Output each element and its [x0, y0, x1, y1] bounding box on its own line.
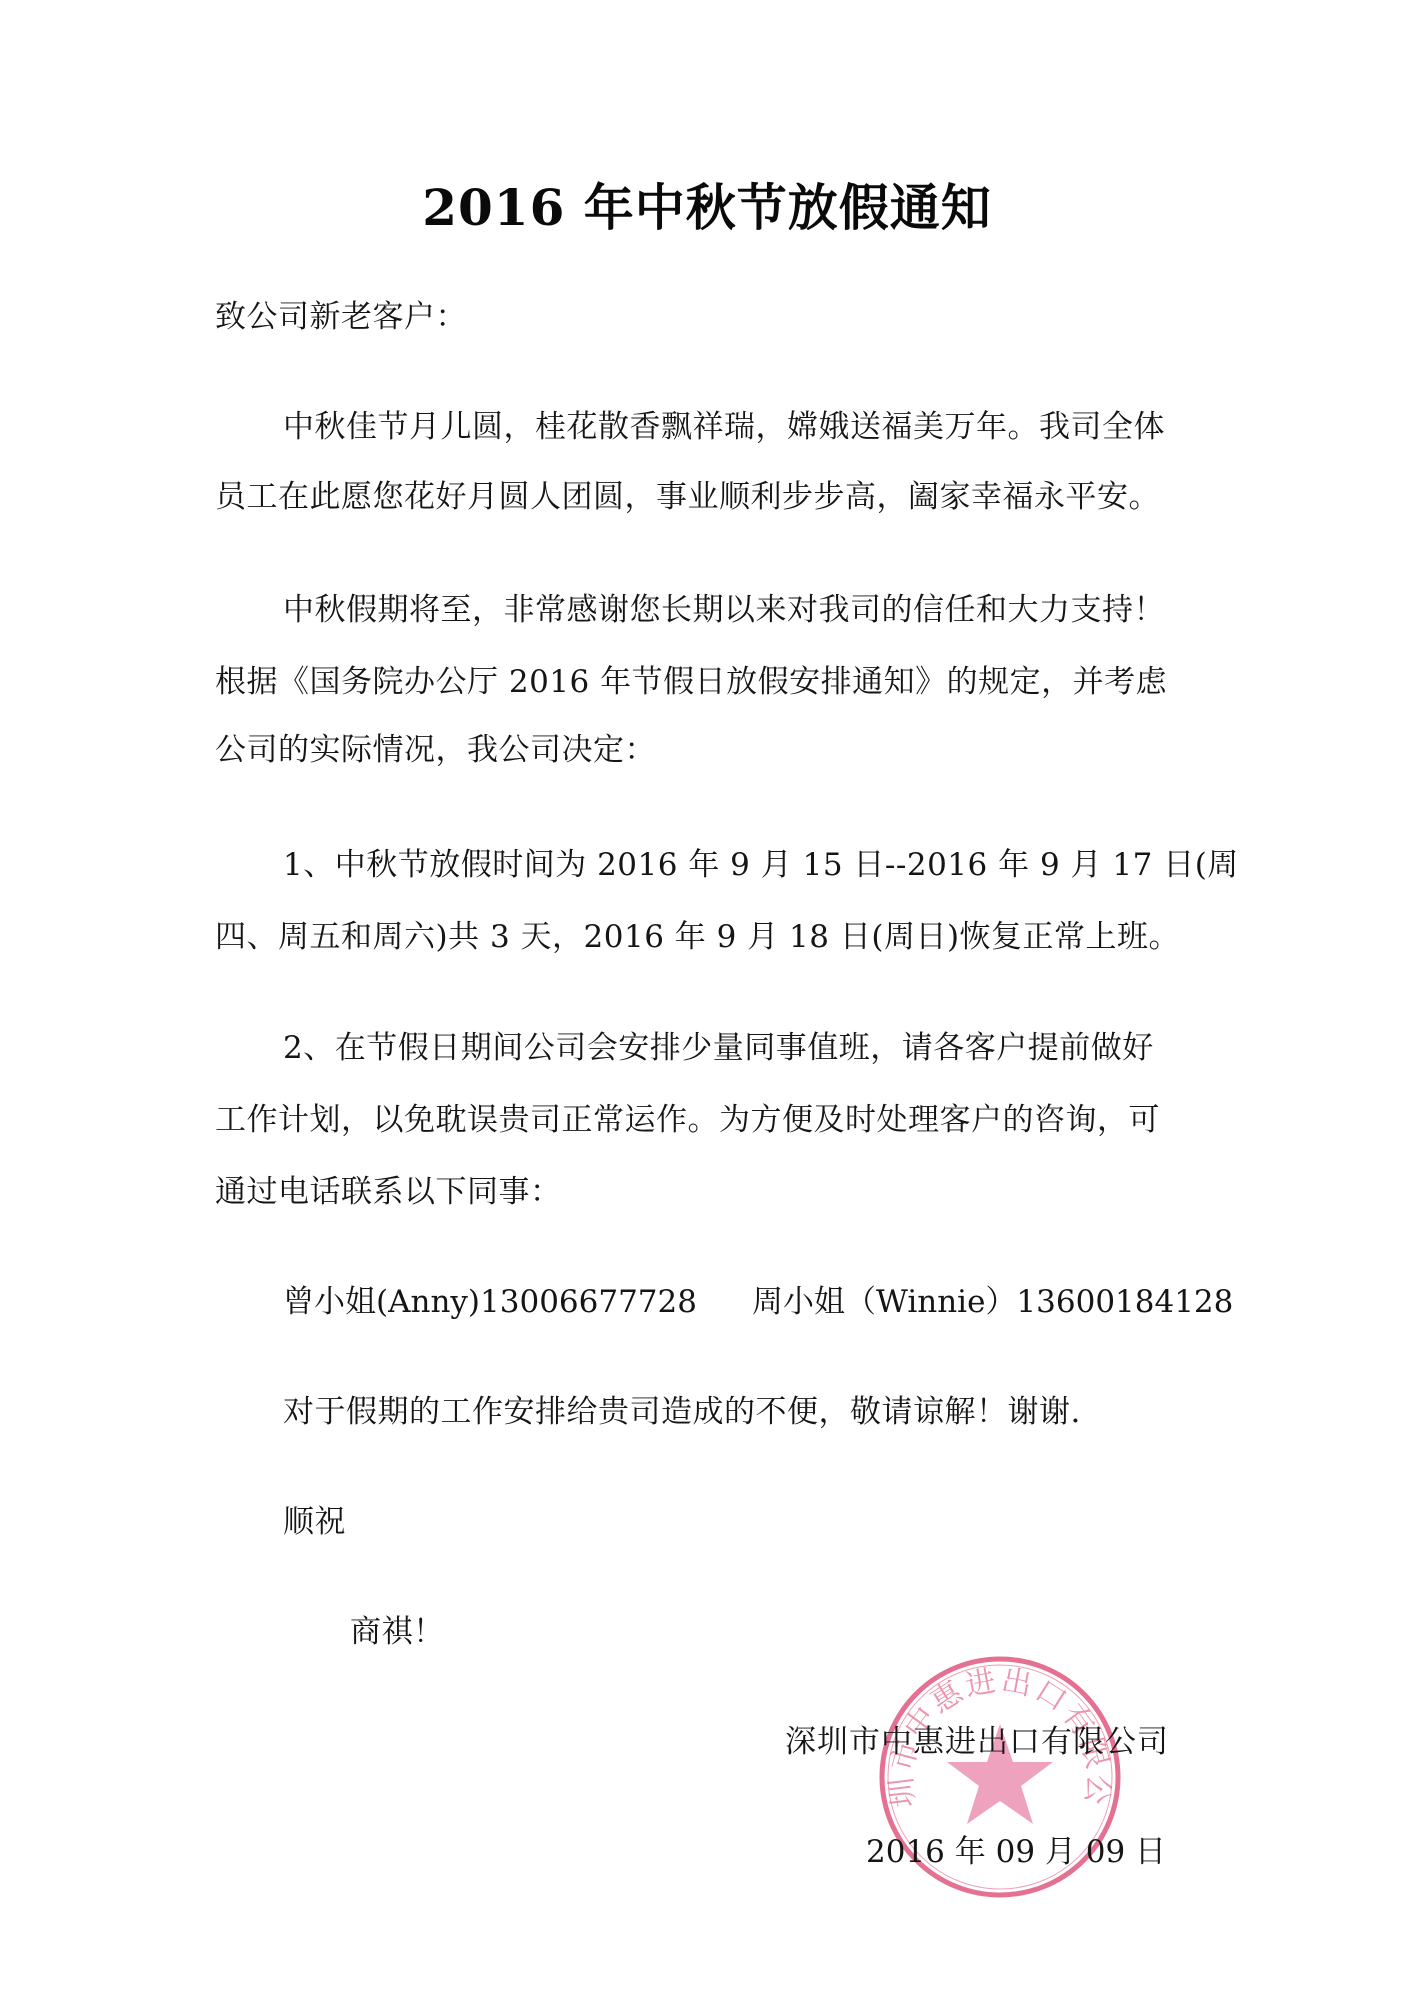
paragraph-1-line-1: 中秋佳节月儿圆，桂花散香飘祥瑞，嫦娥送福美万年。我司全体	[283, 407, 1283, 447]
company-signature: 深圳市中惠进出口有限公司	[785, 1722, 1169, 1762]
greeting: 致公司新老客户：	[215, 297, 1215, 337]
paragraph-2-line-3: 公司的实际情况，我公司决定：	[215, 730, 1215, 770]
item-2-line-2: 工作计划，以免耽误贵司正常运作。为方便及时处理客户的咨询，可	[215, 1100, 1215, 1140]
document-title: 2016 年中秋节放假通知	[0, 178, 1414, 238]
item-1-line-1: 1、中秋节放假时间为 2016 年 9 月 15 日--2016 年 9 月 1…	[283, 845, 1283, 885]
document-date: 2016 年 09 月 09 日	[866, 1832, 1166, 1872]
document-page: 2016 年中秋节放假通知 致公司新老客户： 中秋佳节月儿圆，桂花散香飘祥瑞，嫦…	[0, 0, 1414, 2000]
item-1-line-2: 四、周五和周六)共 3 天，2016 年 9 月 18 日(周日)恢复正常上班。	[215, 917, 1215, 957]
paragraph-1-line-2: 员工在此愿您花好月圆人团圆，事业顺利步步高，阖家幸福永平安。	[215, 477, 1215, 517]
paragraph-2-line-2: 根据《国务院办公厅 2016 年节假日放假安排通知》的规定，并考虑	[215, 662, 1215, 702]
apology-line: 对于假期的工作安排给贵司造成的不便，敬请谅解！谢谢.	[283, 1392, 1283, 1432]
contact-anny: 曾小姐(Anny)13006677728	[283, 1282, 697, 1322]
paragraph-2-line-1: 中秋假期将至，非常感谢您长期以来对我司的信任和大力支持！	[283, 590, 1283, 630]
item-2-line-3: 通过电话联系以下同事：	[215, 1172, 1215, 1212]
item-2-line-1: 2、在节假日期间公司会安排少量同事值班，请各客户提前做好	[283, 1028, 1283, 1068]
closing-regards: 顺祝	[283, 1502, 1283, 1542]
contact-winnie: 周小姐（Winnie）13600184128	[752, 1282, 1233, 1322]
closing-wishes: 商祺！	[350, 1612, 1350, 1652]
